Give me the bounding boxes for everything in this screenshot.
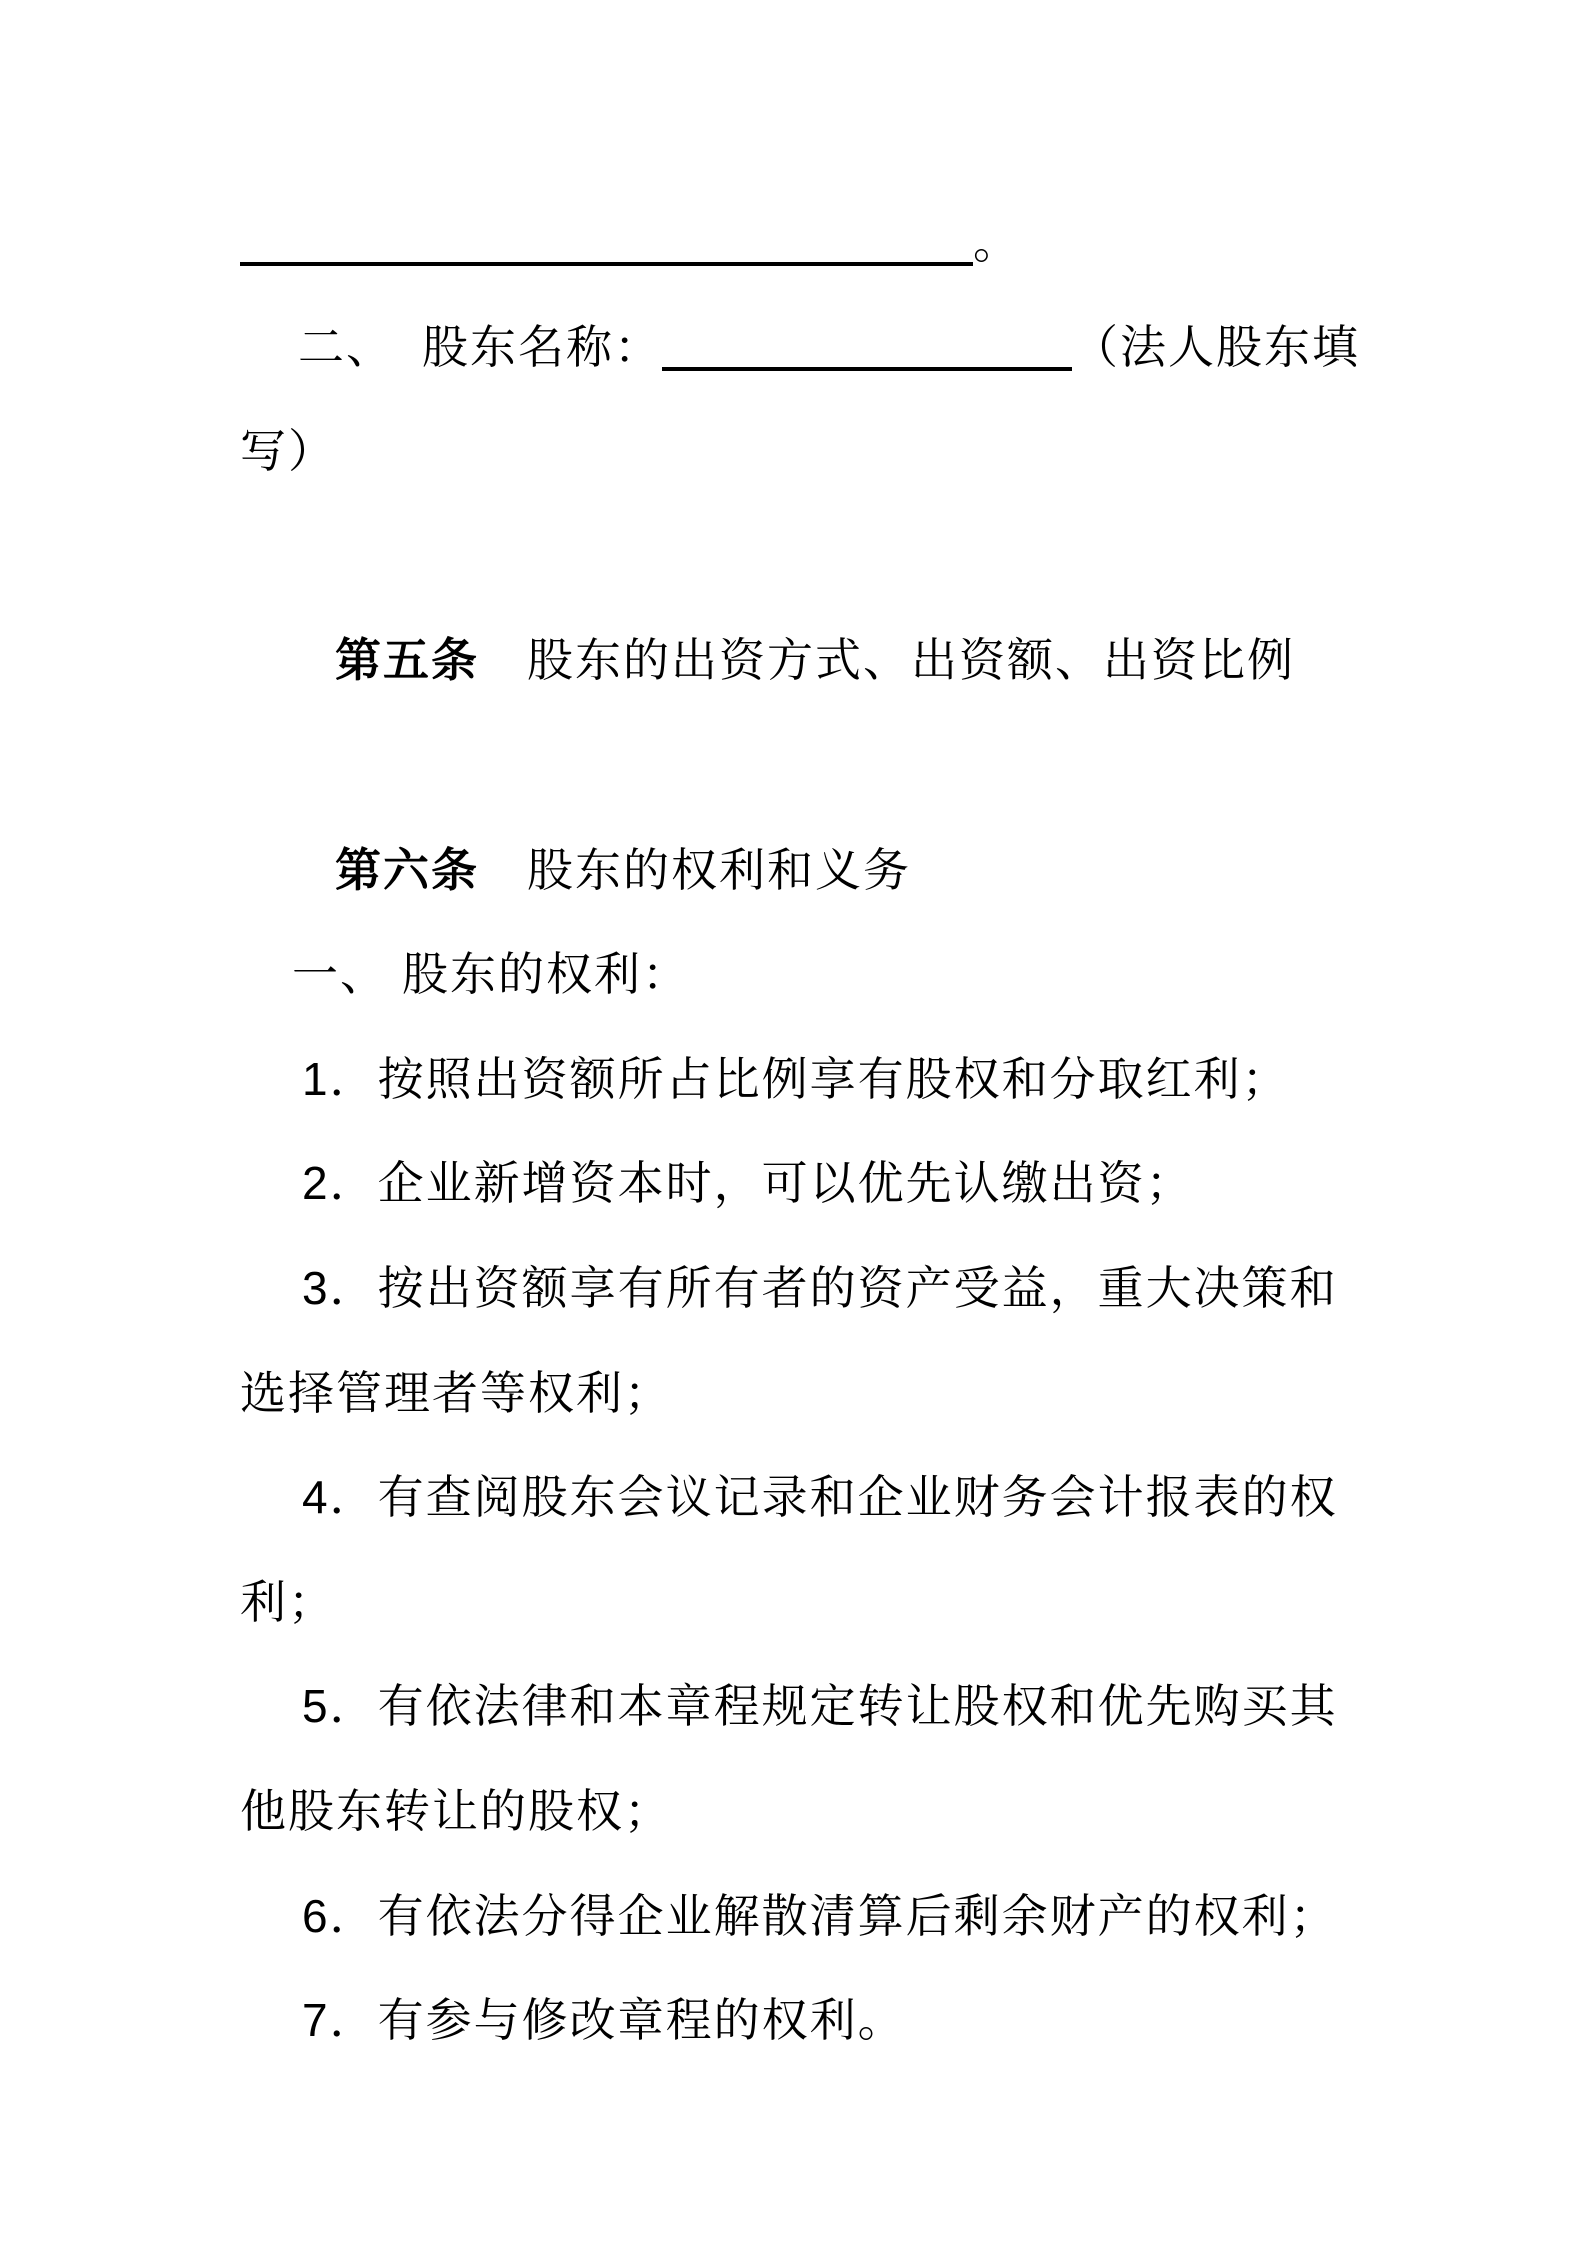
- fill-in-line: 。: [240, 190, 1350, 295]
- text-line: 1．按照出资额所占比例享有股权和分取红利；: [240, 1027, 1350, 1132]
- text-line: 3．按出资额享有所有者的资产受益，重大决策和: [240, 1236, 1350, 1341]
- text-line: 4．有查阅股东会议记录和企业财务会计报表的权: [240, 1445, 1350, 1550]
- blank-fill-underline: [662, 325, 1072, 371]
- text-run: 1．按照出资额所占比例享有股权和分取红利；: [302, 1053, 1290, 1105]
- blank-fill-underline: [240, 220, 973, 266]
- text-run: 7．有参与修改章程的权利。: [302, 1994, 906, 2046]
- text-line: 一、股东的权利：: [240, 922, 1350, 1027]
- document-page: 。二、股东名称：（法人股东填写）第五条股东的出资方式、出资额、出资比例第六条股东…: [0, 0, 1587, 2245]
- text-line: 他股东转让的股权；: [240, 1759, 1350, 1864]
- heading-line: 第五条股东的出资方式、出资额、出资比例: [240, 608, 1350, 713]
- text-line: 5．有依法律和本章程规定转让股权和优先购买其: [240, 1654, 1350, 1759]
- word-gap: [394, 362, 422, 363]
- text-run: 5．有依法律和本章程规定转让股权和优先购买其: [302, 1680, 1338, 1732]
- text-run: 利；: [240, 1576, 336, 1628]
- text-line: 6．有依法分得企业解散清算后剩余财产的权利；: [240, 1864, 1350, 1969]
- text-line: 二、股东名称：（法人股东填: [240, 295, 1350, 400]
- heading-line: 第六条股东的权利和义务: [240, 818, 1350, 923]
- text-line: 选择管理者等权利；: [240, 1341, 1350, 1446]
- text-line: 利；: [240, 1550, 1350, 1655]
- text-run: 一、: [292, 948, 388, 1000]
- text-run: 股东的权利和义务: [527, 844, 911, 896]
- text-run: 股东的权利：: [402, 948, 690, 1000]
- word-gap: [388, 989, 402, 990]
- text-run: 股东的出资方式、出资额、出资比例: [527, 634, 1295, 686]
- text-line: 写）: [240, 399, 1350, 504]
- article-number: 第五条: [335, 634, 479, 686]
- document-body: 。二、股东名称：（法人股东填写）第五条股东的出资方式、出资额、出资比例第六条股东…: [240, 190, 1350, 2073]
- text-line: 2．企业新增资本时，可以优先认缴出资；: [240, 1131, 1350, 1236]
- text-run: 。: [973, 216, 1021, 268]
- word-gap: [479, 675, 527, 676]
- text-run: 4．有查阅股东会议记录和企业财务会计报表的权: [302, 1471, 1338, 1523]
- text-line: 7．有参与修改章程的权利。: [240, 1968, 1350, 2073]
- text-run: 二、: [298, 321, 394, 373]
- text-run: 2．企业新增资本时，可以优先认缴出资；: [302, 1157, 1194, 1209]
- text-run: 6．有依法分得企业解散清算后剩余财产的权利；: [302, 1890, 1338, 1942]
- text-run: 选择管理者等权利；: [240, 1367, 672, 1419]
- word-gap: [479, 885, 527, 886]
- text-run: 3．按出资额享有所有者的资产受益，重大决策和: [302, 1262, 1338, 1314]
- text-run: 他股东转让的股权；: [240, 1785, 672, 1837]
- text-run: 股东名称：: [422, 321, 662, 373]
- article-number: 第六条: [335, 844, 479, 896]
- text-run: 写）: [240, 425, 336, 477]
- text-run: （法人股东填: [1072, 321, 1360, 373]
